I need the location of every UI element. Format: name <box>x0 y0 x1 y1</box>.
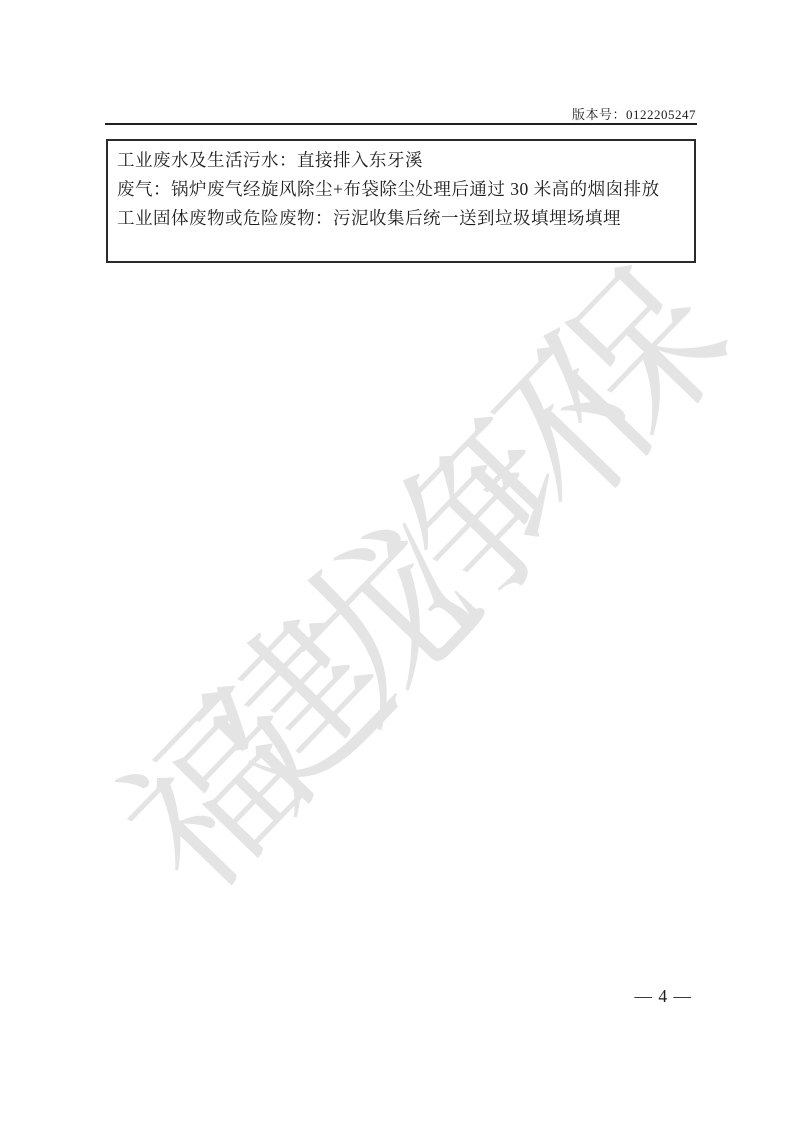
wastewater-line: 工业废水及生活污水：直接排入东牙溪 <box>117 146 685 175</box>
version-number: 版本号：0122205247 <box>572 104 696 123</box>
solid-waste-line: 工业固体废物或危险废物：污泥收集后统一送到垃圾填埋场填埋 <box>117 204 685 233</box>
header-divider <box>105 123 697 125</box>
exhaust-gas-line: 废气：锅炉废气经旋风除尘+布袋除尘处理后通过 30 米高的烟囱排放 <box>117 175 685 204</box>
page-number: — 4 — <box>635 986 693 1007</box>
document-page: 福建龙净环保 版本号：0122205247 工业废水及生活污水：直接排入东牙溪 … <box>0 0 793 1122</box>
waste-disposal-box: 工业废水及生活污水：直接排入东牙溪 废气：锅炉废气经旋风除尘+布袋除尘处理后通过… <box>106 139 696 263</box>
diagonal-watermark: 福建龙净环保 <box>57 243 737 934</box>
